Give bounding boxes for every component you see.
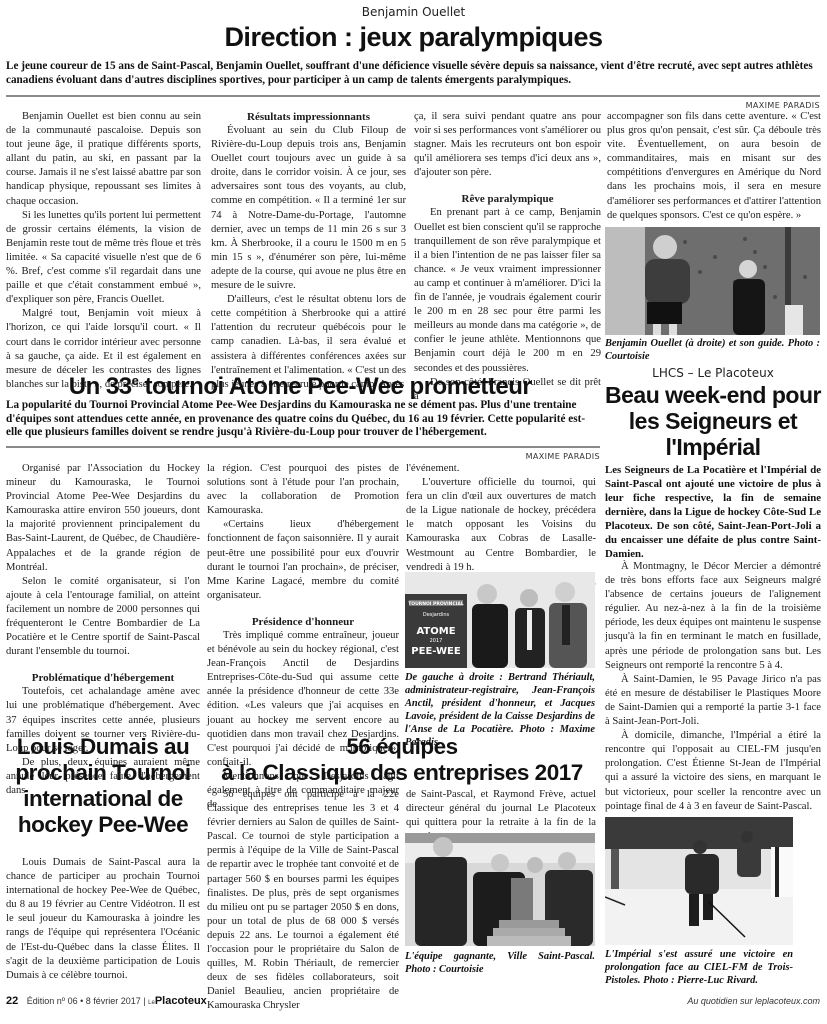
winning-team-photo-image: [405, 833, 595, 946]
paragraph: Si les lunettes qu'ils portent lui perme…: [6, 209, 201, 308]
headline-line: 56 équipes: [207, 734, 597, 760]
paragraph: Louis Dumais de Saint-Pascal aura la cha…: [6, 856, 200, 983]
paragraph: L'ouverture officielle du tournoi, qui f…: [406, 476, 596, 575]
article4-headline: Louis Dumais au prochain Tournoi interna…: [6, 734, 200, 838]
hockey-game-photo-caption: L'Impérial s'est assuré une victoire en …: [605, 948, 793, 987]
article1-column-2: Résultats impressionnants Évoluant au se…: [211, 110, 406, 392]
headline-part: Un 33: [69, 373, 132, 400]
brand-prefix: Le: [148, 1000, 155, 1006]
article1-headline: Direction : jeux paralympiques: [0, 20, 827, 54]
runners-photo: [605, 227, 820, 335]
paragraph: Benjamin Ouellet est bien connu au sein …: [6, 110, 201, 209]
paragraph: l'événement.: [406, 462, 596, 476]
hockey-game-photo: [605, 817, 793, 945]
winning-team-photo-caption: L'équipe gagnante, Ville Saint-Pascal. P…: [405, 950, 595, 976]
article5-headline: 56 équipes à la Classique des entreprise…: [207, 734, 597, 786]
article1-kicker: Benjamin Ouellet: [0, 5, 827, 19]
page-number: 22: [6, 995, 18, 1007]
tournament-officials-photo: TOURNOI PROVINCIAL Desjardins ATOME 2017…: [405, 572, 595, 668]
article3-kicker: LHCS – Le Placoteux: [605, 366, 821, 380]
svg-text:ATOME: ATOME: [416, 626, 455, 637]
edition-info: Édition nº 06 • 8 février 2017 |: [27, 996, 146, 1006]
article5-column-1: 56 équipes ont participé à la 22e Classi…: [207, 788, 399, 1014]
subheading: Présidence d'honneur: [207, 615, 399, 629]
subheading: Problématique d'hébergement: [6, 671, 200, 685]
paragraph: Selon le comité organisateur, si l'on aj…: [6, 575, 200, 660]
runners-photo-image: [605, 227, 820, 335]
paragraph: Organisé par l'Association du Hockey min…: [6, 462, 200, 575]
article1-column-1: Benjamin Ouellet est bien connu au sein …: [6, 110, 201, 392]
article3-headline: Beau week-end pour les Seigneurs et l'Im…: [605, 382, 821, 460]
paragraph: «Certains lieux d'hébergement fonctionne…: [207, 518, 399, 603]
brand-logo: Placoteux: [155, 995, 207, 1007]
subheading: Résultats impressionnants: [211, 110, 406, 124]
winning-team-photo: [405, 833, 595, 946]
svg-text:TOURNOI PROVINCIAL: TOURNOI PROVINCIAL: [408, 601, 464, 607]
svg-text:PEE-WEE: PEE-WEE: [411, 646, 461, 657]
tournament-officials-photo-image: TOURNOI PROVINCIAL Desjardins ATOME 2017…: [405, 572, 595, 668]
svg-text:2017: 2017: [430, 638, 443, 644]
article2-lede: La popularité du Tournoi Provincial Atom…: [6, 399, 600, 440]
hockey-game-photo-image: [605, 817, 793, 945]
runners-photo-caption: Benjamin Ouellet (à droite) et son guide…: [605, 337, 820, 363]
article3-lede: Les Seigneurs de La Pocatière et l'Impér…: [605, 463, 821, 561]
subheading: Rêve paralympique: [414, 192, 601, 206]
article2-divider: [6, 446, 600, 448]
article1-lede: Le jeune coureur de 15 ans de Saint-Pasc…: [6, 60, 820, 87]
paragraph: À domicile, dimanche, l'Impérial a étiré…: [605, 729, 821, 814]
article1-column-4: accompagner son fils dans cette aventure…: [607, 110, 821, 223]
paragraph: ça, il sera suivi pendant quatre ans pou…: [414, 110, 601, 180]
paragraph: accompagner son fils dans cette aventure…: [607, 110, 821, 223]
article4-body: Louis Dumais de Saint-Pascal aura la cha…: [6, 856, 200, 983]
paragraph: À Montmagny, le Décor Mercier a démontré…: [605, 560, 821, 673]
headline-line: à la Classique des entreprises 2017: [207, 760, 597, 786]
svg-text:Desjardins: Desjardins: [423, 612, 450, 618]
paragraph: En prenant part à ce camp, Benjamin Ouel…: [414, 206, 601, 375]
page-footer-tagline: Au quotidien sur leplacoteux.com: [520, 996, 820, 1006]
headline-part: tournoi Atome Pee-Wee prometteur: [138, 373, 531, 400]
article3-body: À Montmagny, le Décor Mercier a démontré…: [605, 560, 821, 814]
article2-headline: Un 33e tournoi Atome Pee-Wee prometteur: [0, 366, 600, 402]
article2-byline: Maxime Paradis: [380, 452, 600, 461]
paragraph: 56 équipes ont participé à la 22e Classi…: [207, 788, 399, 1014]
paragraph: Évoluant au sein du Club Filoup de Riviè…: [211, 124, 406, 293]
paragraph: À Saint-Damien, le 95 Pavage Jirico n'a …: [605, 673, 821, 729]
paragraph: la région. C'est pourquoi des pistes de …: [207, 462, 399, 518]
article1-byline: Maxime Paradis: [600, 101, 820, 110]
article1-column-3: ça, il sera suivi pendant quatre ans pou…: [414, 110, 601, 404]
article1-divider: [6, 95, 820, 97]
page-footer-left: 22 Édition nº 06 • 8 février 2017 | LePl…: [6, 995, 306, 1007]
